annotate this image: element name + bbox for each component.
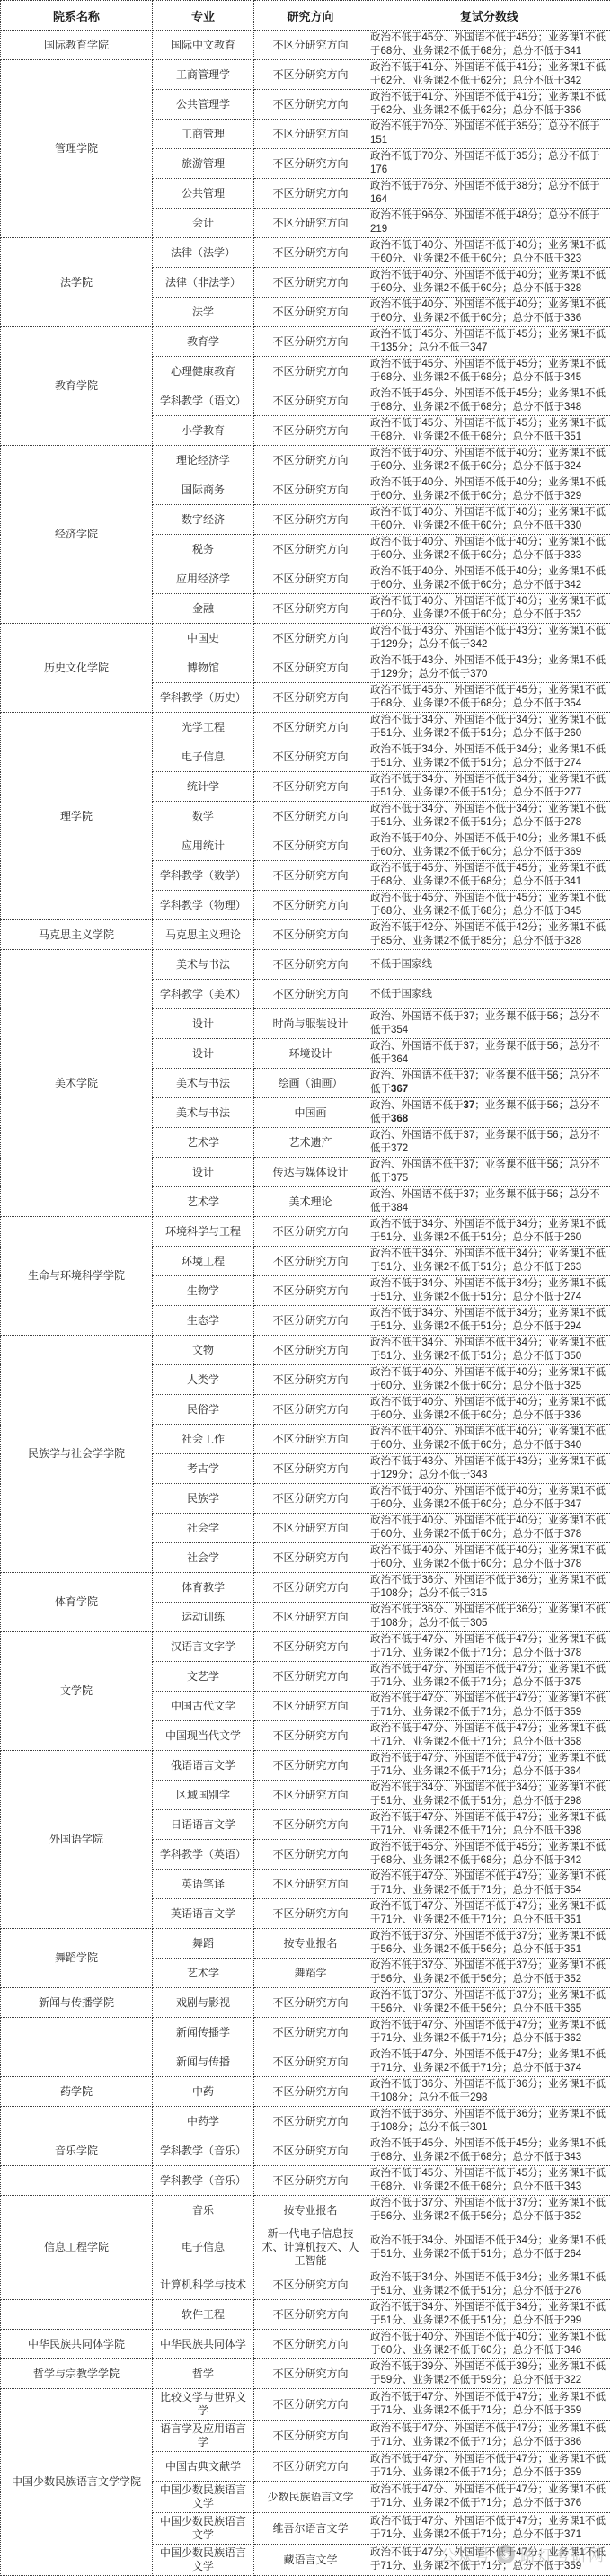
direction-cell: 环境设计 <box>254 1039 367 1069</box>
major-cell: 国际商务 <box>153 475 254 505</box>
score-cell: 政治不低于76分、外国语不低于38分；总分不低于164 <box>367 179 611 209</box>
table-row: 软件工程不区分研究方向政治不低于34分、外国语不低于34分；业务课1不低于51分… <box>1 2300 611 2330</box>
major-cell: 社会学 <box>153 1514 254 1543</box>
major-cell: 法律（法学） <box>153 238 254 268</box>
major-cell: 艺术学 <box>153 1187 254 1217</box>
score-cell: 政治不低于47分、外国语不低于47分；业务课1不低于71分、业务课2不低于71分… <box>367 1810 611 1840</box>
major-cell: 公共管理学 <box>153 90 254 120</box>
direction-cell: 不区分研究方向 <box>254 90 367 120</box>
score-cell: 政治不低于45分、外国语不低于45分；业务课1不低于68分、业务课2不低于68分… <box>367 2166 611 2196</box>
college-cell: 教育学院 <box>1 327 153 446</box>
header-major: 专业 <box>153 1 254 31</box>
major-cell: 日语语言文学 <box>153 1810 254 1840</box>
score-cell: 政治不低于47分、外国语不低于47分；业务课1不低于71分、业务课2不低于71分… <box>367 2482 611 2513</box>
college-cell <box>1 2047 153 2077</box>
direction-cell: 不区分研究方向 <box>254 179 367 209</box>
table-row: 马克思主义学院马克思主义理论不区分研究方向政治不低于42分、外国语不低于42分；… <box>1 920 611 950</box>
college-cell: 经济学院 <box>1 446 153 624</box>
direction-cell: 不区分研究方向 <box>254 2421 367 2452</box>
major-cell: 中国少数民族语言文学 <box>153 2545 254 2576</box>
direction-cell: 不区分研究方向 <box>254 1751 367 1781</box>
major-cell: 学科教学（语文） <box>153 386 254 416</box>
score-cell: 政治不低于45分、外国语不低于45分；业务课1不低于68分、业务课2不低于68分… <box>367 2136 611 2166</box>
college-cell <box>1 2166 153 2196</box>
table-row: 信息工程学院电子信息新一代电子信息技术、计算机技术、人工智能政治不低于34分、外… <box>1 2225 611 2270</box>
table-row: 中华民族共同体学院中华民族共同体学不区分研究方向政治不低于40分、外国语不低于4… <box>1 2330 611 2359</box>
major-cell: 法学 <box>153 298 254 327</box>
table-row: 体育学院体育教学不区分研究方向政治不低于36分、外国语不低于36分；业务课1不低… <box>1 1573 611 1603</box>
direction-cell: 不区分研究方向 <box>254 1840 367 1870</box>
score-cell: 政治不低于45分、外国语不低于45分；业务课1不低于68分、业务课2不低于68分… <box>367 386 611 416</box>
header-college: 院系名称 <box>1 1 153 31</box>
score-cell: 政治不低于47分、外国语不低于47分；业务课1不低于71分、业务课2不低于71分… <box>367 2047 611 2077</box>
major-cell: 俄语语言文学 <box>153 1751 254 1781</box>
direction-cell: 不区分研究方向 <box>254 2047 367 2077</box>
major-cell: 中华民族共同体学 <box>153 2330 254 2359</box>
score-cell: 政治不低于40分、外国语不低于40分；业务课1不低于60分、业务课2不低于60分… <box>367 2330 611 2359</box>
major-cell: 中药学 <box>153 2107 254 2136</box>
header-score-line: 复试分数线 <box>367 1 611 31</box>
direction-cell: 不区分研究方向 <box>254 1336 367 1365</box>
college-cell: 文学院 <box>1 1632 153 1751</box>
direction-cell: 不区分研究方向 <box>254 831 367 861</box>
score-cell: 政治不低于47分、外国语不低于47分；业务课1不低于71分、业务课2不低于71分… <box>367 2452 611 2482</box>
direction-cell: 不区分研究方向 <box>254 120 367 149</box>
score-cell: 政治不低于47分、外国语不低于47分；业务课1不低于71分、业务课2不低于71分… <box>367 2421 611 2452</box>
direction-cell: 美术理论 <box>254 1187 367 1217</box>
direction-cell: 不区分研究方向 <box>254 564 367 594</box>
table-row: 历史文化学院中国史不区分研究方向政治不低于43分、外国语不低于43分；业务课1不… <box>1 624 611 653</box>
table-row: 美术学院美术与书法不区分研究方向不低于国家线 <box>1 950 611 980</box>
direction-cell: 舞蹈学 <box>254 1959 367 1988</box>
major-cell: 生物学 <box>153 1276 254 1306</box>
direction-cell: 不区分研究方向 <box>254 1632 367 1662</box>
score-cell: 政治不低于42分、外国语不低于42分；业务课1不低于85分、业务课2不低于85分… <box>367 920 611 950</box>
table-row: 理学院光学工程不区分研究方向政治不低于34分、外国语不低于34分；业务课1不低于… <box>1 713 611 742</box>
direction-cell: 不区分研究方向 <box>254 713 367 742</box>
score-cell: 政治、外国语不低于37；业务课不低于56；总分不低于384 <box>367 1187 611 1217</box>
major-cell: 光学工程 <box>153 713 254 742</box>
major-cell: 电子信息 <box>153 742 254 772</box>
score-cell: 政治不低于47分、外国语不低于47分；业务课1不低于71分、业务课2不低于71分… <box>367 2513 611 2545</box>
major-cell: 心理健康教育 <box>153 357 254 386</box>
direction-cell: 维吾尔语言文学 <box>254 2513 367 2545</box>
direction-cell: 不区分研究方向 <box>254 1306 367 1336</box>
major-cell: 设计 <box>153 1039 254 1069</box>
college-cell: 外国语学院 <box>1 1751 153 1929</box>
score-cell: 政治不低于40分、外国语不低于40分；业务课1不低于60分、业务课2不低于60分… <box>367 535 611 564</box>
score-table: 院系名称 专业 研究方向 复试分数线 国际教育学院国际中文教育不区分研究方向政治… <box>0 0 611 2576</box>
major-cell: 汉语言文字学 <box>153 1632 254 1662</box>
direction-cell: 不区分研究方向 <box>254 920 367 950</box>
direction-cell: 不区分研究方向 <box>254 505 367 535</box>
major-cell: 马克思主义理论 <box>153 920 254 950</box>
direction-cell: 不区分研究方向 <box>254 594 367 624</box>
score-cell: 政治不低于40分、外国语不低于40分；业务课1不低于60分、业务课2不低于60分… <box>367 1543 611 1573</box>
direction-cell: 不区分研究方向 <box>254 861 367 891</box>
major-cell: 语言学及应用语言学 <box>153 2421 254 2452</box>
direction-cell: 按专业报名 <box>254 2196 367 2225</box>
direction-cell: 不区分研究方向 <box>254 2107 367 2136</box>
major-cell: 会计 <box>153 209 254 238</box>
direction-cell: 不区分研究方向 <box>254 802 367 831</box>
direction-cell: 不区分研究方向 <box>254 2166 367 2196</box>
score-cell: 政治不低于40分、外国语不低于40分；业务课1不低于60分、业务课2不低于60分… <box>367 475 611 505</box>
college-cell: 中国少数民族语言文学学院 <box>1 2389 153 2576</box>
score-cell: 政治不低于37分、外国语不低于37分；业务课1不低于56分、业务课2不低于56分… <box>367 1988 611 2018</box>
major-cell: 电子信息 <box>153 2225 254 2270</box>
direction-cell: 藏语言文学 <box>254 2545 367 2576</box>
direction-cell: 不区分研究方向 <box>254 2270 367 2300</box>
major-cell: 学科教学（数学） <box>153 861 254 891</box>
direction-cell: 少数民族语言文学 <box>254 2482 367 2513</box>
major-cell: 环境科学与工程 <box>153 1217 254 1247</box>
score-cell: 不低于国家线 <box>367 950 611 980</box>
score-cell: 政治不低于34分、外国语不低于34分；业务课1不低于51分、业务课2不低于51分… <box>367 1276 611 1306</box>
college-cell <box>1 2107 153 2136</box>
major-cell: 学科教学（英语） <box>153 1840 254 1870</box>
score-cell: 政治不低于34分、外国语不低于34分；业务课1不低于51分、业务课2不低于51分… <box>367 2270 611 2300</box>
direction-cell: 不区分研究方向 <box>254 446 367 475</box>
score-cell: 政治不低于36分、外国语不低于36分；业务课1不低于108分；总分不低于301 <box>367 2107 611 2136</box>
college-cell: 哲学与宗教学学院 <box>1 2359 153 2389</box>
direction-cell: 不区分研究方向 <box>254 980 367 1009</box>
direction-cell: 不区分研究方向 <box>254 1662 367 1692</box>
major-cell: 应用统计 <box>153 831 254 861</box>
table-row: 民族学与社会学学院文物不区分研究方向政治不低于34分、外国语不低于34分；业务课… <box>1 1336 611 1365</box>
score-cell: 政治不低于34分、外国语不低于34分；业务课1不低于51分、业务课2不低于51分… <box>367 1306 611 1336</box>
direction-cell: 新一代电子信息技术、计算机技术、人工智能 <box>254 2225 367 2270</box>
score-cell: 政治不低于34分、外国语不低于34分；业务课1不低于51分、业务课2不低于51分… <box>367 802 611 831</box>
college-cell <box>1 2018 153 2047</box>
direction-cell: 不区分研究方向 <box>254 1425 367 1454</box>
major-cell: 英语笔译 <box>153 1870 254 1899</box>
score-cell: 政治不低于34分、外国语不低于34分；业务课1不低于51分、业务课2不低于51分… <box>367 742 611 772</box>
score-cell: 政治不低于34分、外国语不低于34分；业务课1不低于51分、业务课2不低于51分… <box>367 1336 611 1365</box>
table-row: 药学院中药不区分研究方向政治不低于36分、外国语不低于36分；业务课1不低于10… <box>1 2077 611 2107</box>
score-cell: 政治不低于70分、外国语不低于35分；总分不低于151 <box>367 120 611 149</box>
college-cell: 历史文化学院 <box>1 624 153 713</box>
direction-cell: 不区分研究方向 <box>254 2452 367 2482</box>
score-cell: 政治不低于45分、外国语不低于45分；业务课1不低于68分、业务课2不低于68分… <box>367 683 611 713</box>
major-cell: 中国古代文学 <box>153 1692 254 1721</box>
score-cell: 政治不低于47分、外国语不低于47分；业务课1不低于71分、业务课2不低于71分… <box>367 2018 611 2047</box>
major-cell: 旅游管理 <box>153 149 254 179</box>
college-cell <box>1 2270 153 2300</box>
score-cell: 政治不低于40分、外国语不低于40分；业务课1不低于60分、业务课2不低于60分… <box>367 238 611 268</box>
direction-cell: 按专业报名 <box>254 1929 367 1959</box>
score-cell: 政治、外国语不低于37；业务课不低于56；总分不低于367 <box>367 1069 611 1098</box>
direction-cell: 中国画 <box>254 1098 367 1128</box>
direction-cell: 不区分研究方向 <box>254 772 367 802</box>
direction-cell: 不区分研究方向 <box>254 1454 367 1484</box>
major-cell: 金融 <box>153 594 254 624</box>
major-cell: 理论经济学 <box>153 446 254 475</box>
table-row: 中国少数民族语言文学学院比较文学与世界文学不区分研究方向政治不低于47分、外国语… <box>1 2389 611 2421</box>
score-cell: 政治不低于34分、外国语不低于34分；业务课1不低于51分、业务课2不低于51分… <box>367 713 611 742</box>
college-cell: 信息工程学院 <box>1 2225 153 2270</box>
direction-cell: 不区分研究方向 <box>254 60 367 90</box>
table-row: 学科教学（音乐）不区分研究方向政治不低于45分、外国语不低于45分；业务课1不低… <box>1 2166 611 2196</box>
score-cell: 政治不低于40分、外国语不低于40分；业务课1不低于60分、业务课2不低于60分… <box>367 446 611 475</box>
direction-cell: 不区分研究方向 <box>254 1484 367 1514</box>
major-cell: 艺术学 <box>153 1128 254 1158</box>
major-cell: 美术与书法 <box>153 1069 254 1098</box>
score-cell: 政治不低于47分、外国语不低于47分；业务课1不低于71分、业务课2不低于71分… <box>367 2545 611 2576</box>
direction-cell: 不区分研究方向 <box>254 653 367 683</box>
major-cell: 艺术学 <box>153 1959 254 1988</box>
college-cell <box>1 2196 153 2225</box>
score-cell: 政治不低于40分、外国语不低于40分；业务课1不低于60分、业务课2不低于60分… <box>367 564 611 594</box>
score-cell: 政治不低于47分、外国语不低于47分；业务课1不低于71分、业务课2不低于71分… <box>367 1692 611 1721</box>
score-table-page: 院系名称 专业 研究方向 复试分数线 国际教育学院国际中文教育不区分研究方向政治… <box>0 0 611 2576</box>
score-cell: 政治不低于43分、外国语不低于43分；业务课1不低于129分；总分不低于370 <box>367 653 611 683</box>
major-cell: 社会学 <box>153 1543 254 1573</box>
major-cell: 中国现当代文学 <box>153 1721 254 1751</box>
score-cell: 政治不低于39分、外国语不低于39分；业务课1不低于59分、业务课2不低于59分… <box>367 2359 611 2389</box>
direction-cell: 不区分研究方向 <box>254 1692 367 1721</box>
score-cell: 政治不低于43分、外国语不低于43分；业务课1不低于129分；总分不低于342 <box>367 624 611 653</box>
direction-cell: 不区分研究方向 <box>254 1365 367 1395</box>
table-row: 国际教育学院国际中文教育不区分研究方向政治不低于45分、外国语不低于45分；业务… <box>1 31 611 60</box>
college-cell: 新闻与传播学院 <box>1 1988 153 2018</box>
major-cell: 中国少数民族语言文学 <box>153 2513 254 2545</box>
score-cell: 政治不低于34分、外国语不低于34分；业务课1不低于51分、业务课2不低于51分… <box>367 772 611 802</box>
direction-cell: 不区分研究方向 <box>254 891 367 920</box>
direction-cell: 不区分研究方向 <box>254 357 367 386</box>
major-cell: 比较文学与世界文学 <box>153 2389 254 2421</box>
major-cell: 体育教学 <box>153 1573 254 1603</box>
direction-cell: 不区分研究方向 <box>254 1603 367 1632</box>
major-cell: 小学教育 <box>153 416 254 446</box>
major-cell: 考古学 <box>153 1454 254 1484</box>
major-cell: 哲学 <box>153 2359 254 2389</box>
table-row: 生命与环境科学学院环境科学与工程不区分研究方向政治不低于34分、外国语不低于34… <box>1 1217 611 1247</box>
score-cell: 政治、外国语不低于37；业务课不低于56；总分不低于372 <box>367 1128 611 1158</box>
major-cell: 英语语言文学 <box>153 1899 254 1929</box>
direction-cell: 不区分研究方向 <box>254 1395 367 1425</box>
major-cell: 工商管理学 <box>153 60 254 90</box>
major-cell: 戏剧与影视 <box>153 1988 254 2018</box>
direction-cell: 不区分研究方向 <box>254 1276 367 1306</box>
score-cell: 政治不低于40分、外国语不低于40分；业务课1不低于60分、业务课2不低于60分… <box>367 1425 611 1454</box>
major-cell: 博物馆 <box>153 653 254 683</box>
major-cell: 学科教学（音乐） <box>153 2166 254 2196</box>
college-cell: 音乐学院 <box>1 2136 153 2166</box>
score-cell: 政治不低于34分、外国语不低于34分；业务课1不低于51分、业务课2不低于51分… <box>367 1217 611 1247</box>
direction-cell: 不区分研究方向 <box>254 1514 367 1543</box>
direction-cell: 不区分研究方向 <box>254 1543 367 1573</box>
major-cell: 音乐 <box>153 2196 254 2225</box>
college-cell: 马克思主义学院 <box>1 920 153 950</box>
table-row: 哲学与宗教学学院哲学不区分研究方向政治不低于39分、外国语不低于39分；业务课1… <box>1 2359 611 2389</box>
direction-cell: 不区分研究方向 <box>254 1721 367 1751</box>
score-cell: 政治不低于47分、外国语不低于47分；业务课1不低于71分、业务课2不低于71分… <box>367 2389 611 2421</box>
major-cell: 文物 <box>153 1336 254 1365</box>
major-cell: 计算机科学与技术 <box>153 2270 254 2300</box>
major-cell: 学科教学（美术） <box>153 980 254 1009</box>
major-cell: 教育学 <box>153 327 254 357</box>
major-cell: 税务 <box>153 535 254 564</box>
score-cell: 政治不低于47分、外国语不低于47分；业务课1不低于71分、业务课2不低于71分… <box>367 1899 611 1929</box>
score-cell: 政治不低于40分、外国语不低于40分；业务课1不低于60分、业务课2不低于60分… <box>367 268 611 298</box>
major-cell: 舞蹈 <box>153 1929 254 1959</box>
table-row: 新闻与传播学院戏剧与影视不区分研究方向政治不低于37分、外国语不低于37分；业务… <box>1 1988 611 2018</box>
score-cell: 政治、外国语不低于37；业务课不低于56；总分不低于375 <box>367 1158 611 1187</box>
college-cell: 理学院 <box>1 713 153 920</box>
direction-cell: 不区分研究方向 <box>254 149 367 179</box>
direction-cell: 不区分研究方向 <box>254 2359 367 2389</box>
major-cell: 新闻与传播 <box>153 2047 254 2077</box>
major-cell: 学科教学（物理） <box>153 891 254 920</box>
direction-cell: 不区分研究方向 <box>254 1988 367 2018</box>
major-cell: 中国少数民族语言文学 <box>153 2482 254 2513</box>
table-row: 舞蹈学院舞蹈按专业报名政治不低于37分、外国语不低于37分；业务课1不低于56分… <box>1 1929 611 1959</box>
direction-cell: 不区分研究方向 <box>254 1247 367 1276</box>
score-cell: 政治不低于40分、外国语不低于40分；业务课1不低于60分、业务课2不低于60分… <box>367 298 611 327</box>
score-cell: 政治不低于41分、外国语不低于41分；业务课1不低于62分、业务课2不低于62分… <box>367 90 611 120</box>
college-cell: 药学院 <box>1 2077 153 2107</box>
major-cell: 区域国别学 <box>153 1781 254 1810</box>
major-cell: 设计 <box>153 1009 254 1039</box>
table-body: 国际教育学院国际中文教育不区分研究方向政治不低于45分、外国语不低于45分；业务… <box>1 31 611 2576</box>
score-cell: 政治不低于45分、外国语不低于45分；业务课1不低于68分、业务课2不低于68分… <box>367 416 611 446</box>
score-cell: 政治不低于47分、外国语不低于47分；业务课1不低于71分、业务课2不低于71分… <box>367 1632 611 1662</box>
direction-cell: 不区分研究方向 <box>254 1781 367 1810</box>
score-cell: 政治不低于34分、外国语不低于34分；业务课1不低于51分、业务课2不低于51分… <box>367 2225 611 2270</box>
score-cell: 政治不低于45分、外国语不低于45分；业务课1不低于135分；总分不低于347 <box>367 327 611 357</box>
major-cell: 应用经济学 <box>153 564 254 594</box>
major-cell: 工商管理 <box>153 120 254 149</box>
score-cell: 政治不低于47分、外国语不低于47分；业务课1不低于71分、业务课2不低于71分… <box>367 1870 611 1899</box>
table-row: 经济学院理论经济学不区分研究方向政治不低于40分、外国语不低于40分；业务课1不… <box>1 446 611 475</box>
major-cell: 数学 <box>153 802 254 831</box>
direction-cell: 不区分研究方向 <box>254 2018 367 2047</box>
score-cell: 政治不低于45分、外国语不低于45分；业务课1不低于68分、业务课2不低于68分… <box>367 357 611 386</box>
major-cell: 环境工程 <box>153 1247 254 1276</box>
header-row: 院系名称 专业 研究方向 复试分数线 <box>1 1 611 31</box>
direction-cell: 艺术遗产 <box>254 1128 367 1158</box>
major-cell: 人类学 <box>153 1365 254 1395</box>
direction-cell: 绘画（油画） <box>254 1069 367 1098</box>
score-cell: 政治不低于34分、外国语不低于34分；业务课1不低于51分、业务课2不低于51分… <box>367 1781 611 1810</box>
direction-cell: 不区分研究方向 <box>254 31 367 60</box>
direction-cell: 不区分研究方向 <box>254 2389 367 2421</box>
score-cell: 政治不低于36分、外国语不低于36分；业务课1不低于108分；总分不低于315 <box>367 1573 611 1603</box>
major-cell: 学科教学（音乐） <box>153 2136 254 2166</box>
college-cell: 民族学与社会学学院 <box>1 1336 153 1573</box>
major-cell: 软件工程 <box>153 2300 254 2330</box>
score-cell: 政治不低于40分、外国语不低于40分；业务课1不低于60分、业务课2不低于60分… <box>367 1395 611 1425</box>
direction-cell: 不区分研究方向 <box>254 1870 367 1899</box>
major-cell: 社会工作 <box>153 1425 254 1454</box>
major-cell: 生态学 <box>153 1306 254 1336</box>
score-cell: 不低于国家线 <box>367 980 611 1009</box>
score-cell: 政治、外国语不低于37；业务课不低于56；总分不低于364 <box>367 1039 611 1069</box>
score-cell: 政治不低于45分、外国语不低于45分；业务课1不低于68分、业务课2不低于68分… <box>367 891 611 920</box>
direction-cell: 不区分研究方向 <box>254 2077 367 2107</box>
major-cell: 数字经济 <box>153 505 254 535</box>
direction-cell: 不区分研究方向 <box>254 1217 367 1247</box>
score-cell: 政治不低于47分、外国语不低于47分；业务课1不低于71分、业务课2不低于71分… <box>367 1721 611 1751</box>
college-cell: 国际教育学院 <box>1 31 153 60</box>
score-cell: 政治不低于37分、外国语不低于37分；业务课1不低于56分、业务课2不低于56分… <box>367 1929 611 1959</box>
score-cell: 政治、外国语不低于37；业务课不低于56；总分不低于354 <box>367 1009 611 1039</box>
major-cell: 民族学 <box>153 1484 254 1514</box>
score-cell: 政治不低于41分、外国语不低于41分；业务课1不低于62分、业务课2不低于62分… <box>367 60 611 90</box>
direction-cell: 传达与媒体设计 <box>254 1158 367 1187</box>
college-cell: 舞蹈学院 <box>1 1929 153 1988</box>
major-cell: 中国古典文献学 <box>153 2452 254 2482</box>
table-row: 新闻传播学不区分研究方向政治不低于47分、外国语不低于47分；业务课1不低于71… <box>1 2018 611 2047</box>
major-cell: 民俗学 <box>153 1395 254 1425</box>
major-cell: 公共管理 <box>153 179 254 209</box>
direction-cell: 不区分研究方向 <box>254 1899 367 1929</box>
table-row: 管理学院工商管理学不区分研究方向政治不低于41分、外国语不低于41分；业务课1不… <box>1 60 611 90</box>
direction-cell: 不区分研究方向 <box>254 298 367 327</box>
table-row: 计算机科学与技术不区分研究方向政治不低于34分、外国语不低于34分；业务课1不低… <box>1 2270 611 2300</box>
direction-cell: 不区分研究方向 <box>254 327 367 357</box>
score-cell: 政治不低于47分、外国语不低于47分；业务课1不低于71分、业务课2不低于71分… <box>367 1662 611 1692</box>
major-cell: 美术与书法 <box>153 1098 254 1128</box>
score-cell: 政治不低于45分、外国语不低于45分；业务课1不低于68分、业务课2不低于68分… <box>367 1840 611 1870</box>
score-cell: 政治不低于70分、外国语不低于35分；总分不低于176 <box>367 149 611 179</box>
score-cell: 政治不低于45分、外国语不低于45分；业务课1不低于68分、业务课2不低于68分… <box>367 31 611 60</box>
direction-cell: 不区分研究方向 <box>254 2330 367 2359</box>
score-cell: 政治不低于47分、外国语不低于47分；业务课1不低于71分、业务课2不低于71分… <box>367 1751 611 1781</box>
college-cell: 美术学院 <box>1 950 153 1217</box>
direction-cell: 不区分研究方向 <box>254 1810 367 1840</box>
direction-cell: 时尚与服装设计 <box>254 1009 367 1039</box>
score-cell: 政治不低于40分、外国语不低于40分；业务课1不低于60分、业务课2不低于60分… <box>367 505 611 535</box>
score-cell: 政治不低于96分、外国语不低于48分；总分不低于219 <box>367 209 611 238</box>
score-cell: 政治不低于40分、外国语不低于40分；业务课1不低于60分、业务课2不低于60分… <box>367 1365 611 1395</box>
major-cell: 学科教学（历史） <box>153 683 254 713</box>
direction-cell: 不区分研究方向 <box>254 535 367 564</box>
score-cell: 政治不低于34分、外国语不低于34分；业务课1不低于51分、业务课2不低于51分… <box>367 2300 611 2330</box>
table-row: 文学院汉语言文字学不区分研究方向政治不低于47分、外国语不低于47分；业务课1不… <box>1 1632 611 1662</box>
major-cell: 国际中文教育 <box>153 31 254 60</box>
major-cell: 文艺学 <box>153 1662 254 1692</box>
table-row: 音乐按专业报名政治不低于37分、外国语不低于37分；业务课1不低于56分、业务课… <box>1 2196 611 2225</box>
table-row: 新闻与传播不区分研究方向政治不低于47分、外国语不低于47分；业务课1不低于71… <box>1 2047 611 2077</box>
score-cell: 政治不低于37分、外国语不低于37分；业务课1不低于56分、业务课2不低于56分… <box>367 1959 611 1988</box>
major-cell: 法律（非法学） <box>153 268 254 298</box>
score-cell: 政治不低于36分、外国语不低于36分；业务课1不低于108分；总分不低于305 <box>367 1603 611 1632</box>
direction-cell: 不区分研究方向 <box>254 268 367 298</box>
score-cell: 政治、外国语不低于37；业务课不低于56；总分不低于368 <box>367 1098 611 1128</box>
score-cell: 政治不低于40分、外国语不低于40分；业务课1不低于60分、业务课2不低于60分… <box>367 831 611 861</box>
table-row: 外国语学院俄语语言文学不区分研究方向政治不低于47分、外国语不低于47分；业务课… <box>1 1751 611 1781</box>
direction-cell: 不区分研究方向 <box>254 683 367 713</box>
college-cell: 中华民族共同体学院 <box>1 2330 153 2359</box>
score-cell: 政治不低于40分、外国语不低于40分；业务课1不低于60分、业务课2不低于60分… <box>367 1514 611 1543</box>
major-cell: 运动训练 <box>153 1603 254 1632</box>
major-cell: 新闻传播学 <box>153 2018 254 2047</box>
college-cell <box>1 2300 153 2330</box>
direction-cell: 不区分研究方向 <box>254 386 367 416</box>
college-cell: 法学院 <box>1 238 153 327</box>
direction-cell: 不区分研究方向 <box>254 475 367 505</box>
direction-cell: 不区分研究方向 <box>254 624 367 653</box>
major-cell: 中药 <box>153 2077 254 2107</box>
direction-cell: 不区分研究方向 <box>254 1573 367 1603</box>
direction-cell: 不区分研究方向 <box>254 950 367 980</box>
table-row: 中药学不区分研究方向政治不低于36分、外国语不低于36分；业务课1不低于108分… <box>1 2107 611 2136</box>
score-cell: 政治不低于40分、外国语不低于40分；业务课1不低于60分、业务课2不低于60分… <box>367 1484 611 1514</box>
score-cell: 政治不低于40分、外国语不低于40分；业务课1不低于60分、业务课2不低于60分… <box>367 594 611 624</box>
table-row: 音乐学院学科教学（音乐）不区分研究方向政治不低于45分、外国语不低于45分；业务… <box>1 2136 611 2166</box>
